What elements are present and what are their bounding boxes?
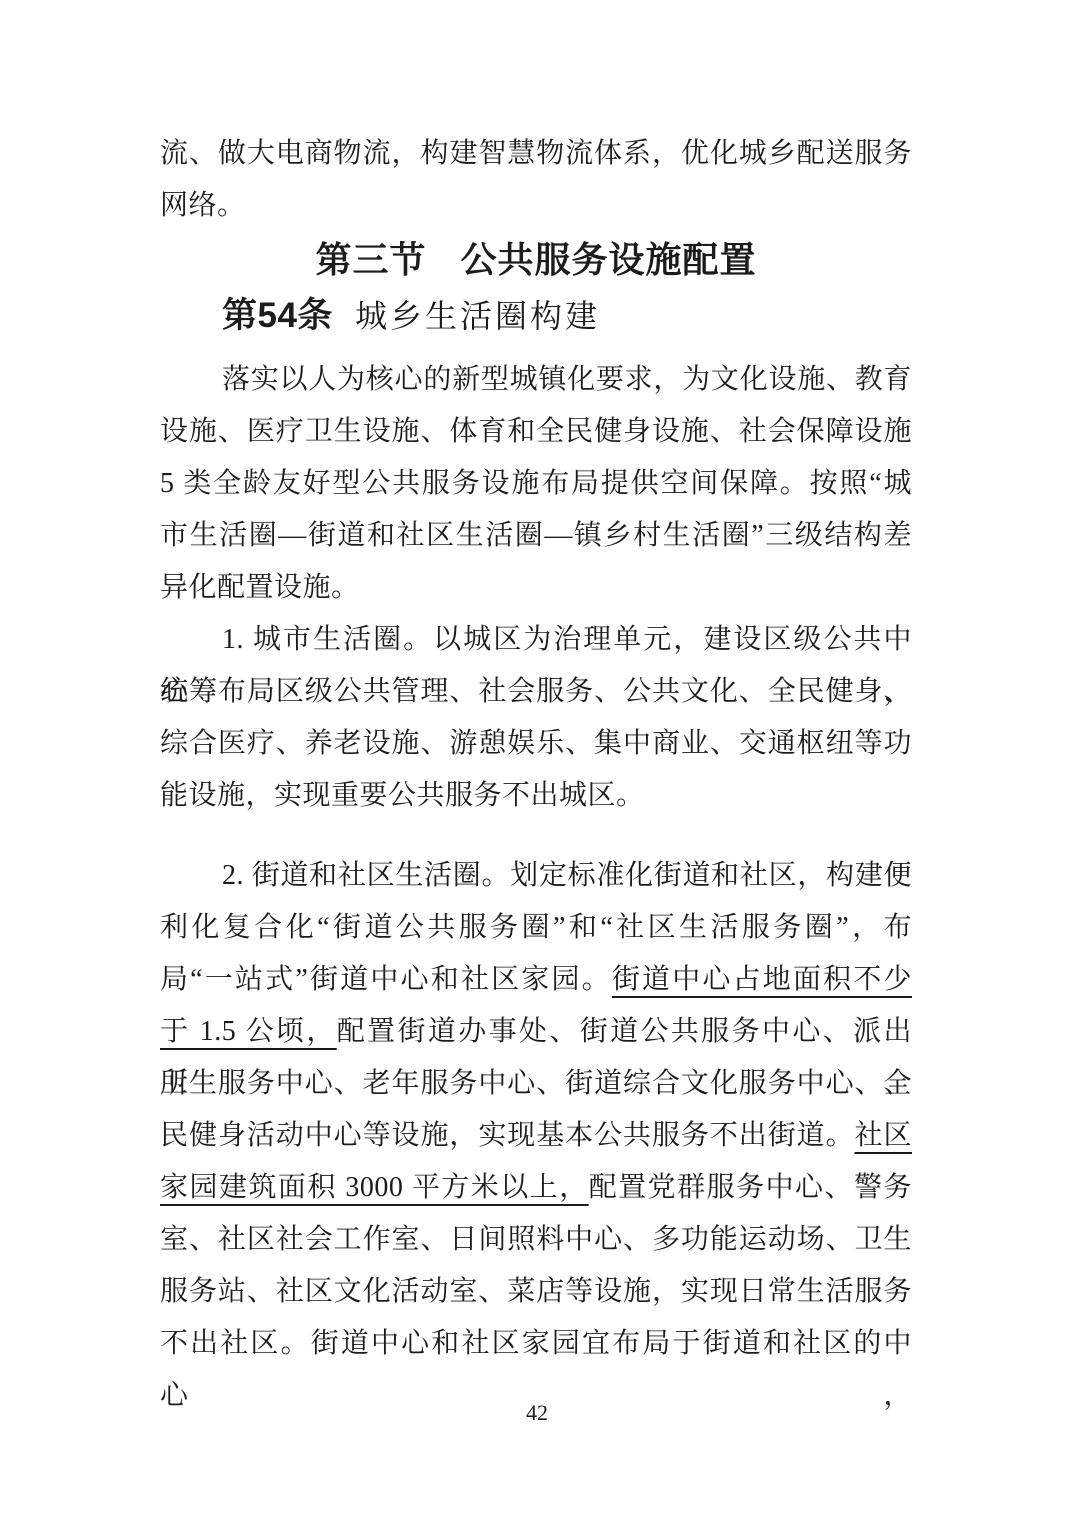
text-segment: 市生活圈—街道和社区生活圈—镇乡村生活圈”三级结构差 bbox=[160, 520, 912, 551]
article-title: 城乡生活圈构建 bbox=[355, 298, 600, 334]
text-line: 市生活圈—街道和社区生活圈—镇乡村生活圈”三级结构差 bbox=[160, 510, 912, 562]
text-line: 设施、医疗卫生设施、体育和全民健身设施、社会保障设施 bbox=[160, 406, 912, 458]
underlined-text: 家园建筑面积 3000 平方米以上， bbox=[160, 1172, 589, 1203]
text-segment: 2. 街道和社区生活圈。划定标准化街道和社区，构建便 bbox=[222, 860, 912, 891]
text-line: 利化复合化“街道公共服务圈”和“社区生活服务圈”，布 bbox=[160, 902, 912, 954]
page-number: 42 bbox=[0, 1398, 1074, 1428]
text-segment: 配置党群服务中心、警务 bbox=[589, 1172, 912, 1203]
text-segment: 流、做大电商物流，构建智慧物流体系，优化城乡配送服务 bbox=[160, 138, 912, 169]
text-segment: 落实以人为核心的新型城镇化要求，为文化设施、教育 bbox=[222, 364, 912, 395]
text-segment: 卫生服务中心、老年服务中心、街道综合文化服务中心、全 bbox=[160, 1068, 912, 1099]
underlined-text: 社区 bbox=[855, 1120, 912, 1151]
text-line: 室、社区社会工作室、日间照料中心、多功能运动场、卫生 bbox=[160, 1214, 912, 1266]
text-segment: 能设施，实现重要公共服务不出城区。 bbox=[160, 780, 645, 811]
section-title: 公共服务设施配置 bbox=[461, 239, 757, 280]
text-segment: 室、社区社会工作室、日间照料中心、多功能运动场、卫生 bbox=[160, 1224, 912, 1255]
section-heading: 第三节公共服务设施配置 bbox=[160, 232, 912, 288]
text-line: 卫生服务中心、老年服务中心、街道综合文化服务中心、全 bbox=[160, 1058, 912, 1110]
underlined-text: 于 1.5 公顷， bbox=[160, 1016, 337, 1047]
text-segment: 民健身活动中心等设施，实现基本公共服务不出街道。 bbox=[160, 1120, 855, 1151]
text-line: 局“一站式”街道中心和社区家园。街道中心占地面积不少 bbox=[160, 954, 912, 1006]
text-segment: 设施、医疗卫生设施、体育和全民健身设施、社会保障设施 bbox=[160, 416, 912, 447]
text-segment: 统筹布局区级公共管理、社会服务、公共文化、全民健身、 bbox=[160, 676, 912, 707]
underlined-text: 街道中心占地面积不少 bbox=[612, 964, 912, 995]
article-number: 第54条 bbox=[222, 296, 333, 335]
document-body: 流、做大电商物流，构建智慧物流体系，优化城乡配送服务网络。第三节公共服务设施配置… bbox=[160, 128, 912, 1370]
text-line: 异化配置设施。 bbox=[160, 562, 912, 614]
text-line: 于 1.5 公顷，配置街道办事处、街道公共服务中心、派出所、 bbox=[160, 1006, 912, 1058]
text-line: 家园建筑面积 3000 平方米以上，配置党群服务中心、警务 bbox=[160, 1162, 912, 1214]
text-line: 服务站、社区文化活动室、菜店等设施，实现日常生活服务 bbox=[160, 1266, 912, 1318]
text-segment: 局“一站式”街道中心和社区家园。 bbox=[160, 964, 612, 995]
text-segment: 5 类全龄友好型公共服务设施布局提供空间保障。按照“城 bbox=[160, 468, 912, 499]
text-line: 5 类全龄友好型公共服务设施布局提供空间保障。按照“城 bbox=[160, 458, 912, 510]
document-page: 流、做大电商物流，构建智慧物流体系，优化城乡配送服务网络。第三节公共服务设施配置… bbox=[0, 0, 1074, 1520]
text-segment: 网络。 bbox=[160, 190, 246, 221]
text-line: 流、做大电商物流，构建智慧物流体系，优化城乡配送服务 bbox=[160, 128, 912, 180]
text-segment: 异化配置设施。 bbox=[160, 572, 360, 603]
text-line: 网络。 bbox=[160, 180, 912, 232]
section-number: 第三节 bbox=[315, 239, 426, 280]
text-segment: 综合医疗、养老设施、游憩娱乐、集中商业、交通枢纽等功 bbox=[160, 728, 912, 759]
article-heading: 第54条城乡生活圈构建 bbox=[160, 288, 912, 344]
text-segment: 利化复合化“街道公共服务圈”和“社区生活服务圈”，布 bbox=[160, 912, 912, 943]
text-segment: 服务站、社区文化活动室、菜店等设施，实现日常生活服务 bbox=[160, 1276, 912, 1307]
text-line: 2. 街道和社区生活圈。划定标准化街道和社区，构建便 bbox=[160, 850, 912, 902]
text-line: 1. 城市生活圈。以城区为治理单元，建设区级公共中心， bbox=[160, 614, 912, 666]
text-line: 不出社区。街道中心和社区家园宜布局于街道和社区的中心， bbox=[160, 1318, 912, 1370]
text-line: 落实以人为核心的新型城镇化要求，为文化设施、教育 bbox=[160, 354, 912, 406]
text-line: 统筹布局区级公共管理、社会服务、公共文化、全民健身、 bbox=[160, 666, 912, 718]
text-line: 民健身活动中心等设施，实现基本公共服务不出街道。社区 bbox=[160, 1110, 912, 1162]
text-line: 能设施，实现重要公共服务不出城区。 bbox=[160, 770, 912, 822]
text-line: 综合医疗、养老设施、游憩娱乐、集中商业、交通枢纽等功 bbox=[160, 718, 912, 770]
